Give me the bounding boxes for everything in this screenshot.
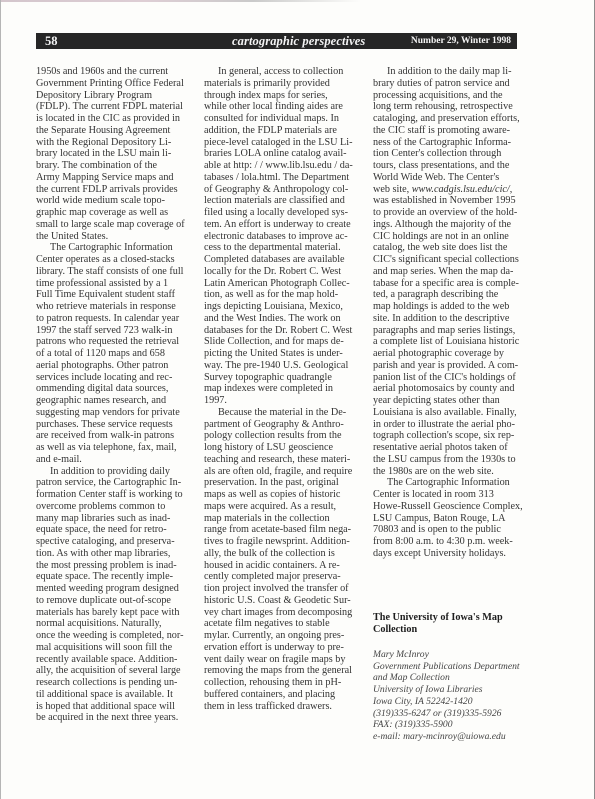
line-text: long term rehousing, retrospective: [373, 101, 513, 112]
line-text: als are often old, fragile, and require: [204, 466, 352, 477]
line-text: Survey topographic quadrangle: [204, 372, 332, 383]
text-line: ness of the Cartographic Informa-: [373, 137, 533, 149]
author-name: Mary McInroy: [373, 649, 543, 661]
line-text: piece-level cataloged in the LSU Li-: [204, 137, 353, 148]
line-text: LSU Campus, Baton Rouge, LA: [373, 513, 505, 524]
line-text: to provide an overview of the hold-: [373, 207, 517, 218]
text-line: world wide medium scale topo-: [36, 195, 194, 207]
text-line: 1950s and 1960s and the current: [36, 66, 194, 78]
line-text: braries LOLA online catalog avail-: [204, 148, 347, 159]
text-line: picting the United States is under-: [204, 348, 364, 360]
line-text: picting the United States is under-: [204, 348, 343, 359]
text-line: acetate film negatives to stable: [204, 618, 364, 630]
text-line: maps were acquired. As a result,: [204, 501, 364, 513]
line-text: overcome problems common to: [36, 501, 165, 512]
line-text: while other local finding aides are: [204, 101, 343, 112]
text-line: through index maps for series,: [204, 90, 364, 102]
text-line: graphic map coverage as well as: [36, 207, 194, 219]
line-text: tion, as well as for the map hold-: [204, 289, 338, 300]
line-text: the CIC staff is promoting aware-: [373, 125, 510, 136]
line-text: long history of LSU geoscience: [204, 442, 333, 453]
issue-label: Number 29, Winter 1998: [411, 33, 511, 49]
line-text: ommending digital data sources,: [36, 383, 168, 394]
line-text: catalog, the web site does list the: [373, 242, 507, 253]
text-line: cently completed major preserva-: [204, 571, 364, 583]
line-text: filed using a locally developed sys-: [204, 207, 348, 218]
line-text: the LSU campus from the 1930s to: [373, 454, 516, 465]
line-text: buffered containers, and placing: [204, 689, 335, 700]
text-line: ally, the acquisition of several large: [36, 665, 194, 677]
line-text: In addition to the daily map li-: [387, 66, 512, 77]
author-phone: (319)335-6247 or (319)335-5926: [373, 708, 543, 720]
text-line: from 8:00 a.m. to 4:30 p.m. week-: [373, 536, 533, 548]
line-text: as well as via telephone, fax, mail,: [36, 442, 177, 453]
text-line: partment of Geography & Anthro-: [204, 419, 364, 431]
line-text: time professional assisted by a 1: [36, 278, 168, 289]
text-line: Center is located in room 313: [373, 489, 533, 501]
line-text: and the West Indies. The work on: [204, 313, 341, 324]
line-text: the current FDLP arrivals provides: [36, 184, 178, 195]
line-text: vent daily wear on fragile maps by: [204, 654, 345, 665]
line-text: Government Printing Office Federal: [36, 78, 184, 89]
line-text: 1950s and 1960s and the current: [36, 66, 168, 77]
text-line: tion Center's collection through: [373, 148, 533, 160]
text-line: materials has barely kept pace with: [36, 607, 194, 619]
text-line: filed using a locally developed sys-: [204, 207, 364, 219]
text-line: tours, class presentations, and the: [373, 160, 533, 172]
text-line: many map libraries such as inad-: [36, 513, 194, 525]
text-line: brary duties of patron service and: [373, 78, 533, 90]
text-line: is hoped that additional space will: [36, 701, 194, 713]
line-text: tion project involved the transfer of: [204, 583, 349, 594]
line-text: preservation. In the past, original: [204, 477, 339, 488]
text-line: LSU Campus, Baton Rouge, LA: [373, 513, 533, 525]
line-text: databases for the Dr. Robert C. West: [204, 325, 352, 336]
line-text: ted, a paragraph describing the: [373, 289, 498, 300]
text-line: paragraphs and map series listings,: [373, 325, 533, 337]
line-text: map materials in the collection: [204, 513, 330, 524]
text-line: parish and year is provided. A com-: [373, 360, 533, 372]
line-text: recently available space. Addition-: [36, 654, 177, 665]
line-text: cently completed major preserva-: [204, 571, 341, 582]
text-line: year depicting states other than: [373, 395, 533, 407]
text-line: ings. Although the majority of the: [373, 219, 533, 231]
text-line: ervation effort is underway to pre-: [204, 642, 364, 654]
text-line: mal acquisitions will soon fill the: [36, 642, 194, 654]
line-text: locally for the Dr. Robert C. West: [204, 266, 341, 277]
line-text: tograph collection's scope, six rep-: [373, 430, 514, 441]
text-line: is located in the CIC as provided in: [36, 113, 194, 125]
line-text: partment of Geography & Anthro-: [204, 419, 344, 430]
text-line: tabases / lola.html. The Department: [204, 172, 364, 184]
text-line: brary. The combination of the: [36, 160, 194, 172]
text-line: cataloging, and preservation efforts,: [373, 113, 533, 125]
line-text: patrons who requested the retrieval: [36, 336, 179, 347]
line-text: suggesting map vendors for private: [36, 407, 180, 418]
line-text: The Cartographic Information: [387, 477, 510, 488]
line-text: cess to the departmental material.: [204, 242, 341, 253]
line-text: spective cataloging, and preserva-: [36, 536, 175, 547]
line-text: Depository Library Program: [36, 90, 152, 101]
line-text: Louisiana is also available. Finally,: [373, 407, 517, 418]
text-line: Slide Collection, and for maps de-: [204, 336, 364, 348]
line-text: range from acetate-based film nega-: [204, 524, 351, 535]
text-line: aerial photographic coverage by: [373, 348, 533, 360]
line-text: the Separate Housing Agreement: [36, 125, 170, 136]
line-text: Center is located in room 313: [373, 489, 494, 500]
line-text: map holdings is added to the web: [373, 301, 509, 312]
line-text: In general, access to collection: [218, 66, 343, 77]
text-line: tion, as well as for the map hold-: [204, 289, 364, 301]
text-line: recently available space. Addition-: [36, 654, 194, 666]
line-text: equate space, the need for retro-: [36, 524, 167, 535]
line-text: aerial photographs. Other patron: [36, 360, 168, 371]
line-text: CIC holdings are not in an online: [373, 231, 509, 242]
text-line: maps as well as copies of historic: [204, 489, 364, 501]
line-text: the 1980s are on the web site.: [373, 466, 494, 477]
line-text: small to large scale map coverage of: [36, 219, 185, 230]
text-line: aerial photomosaics by county and: [373, 383, 533, 395]
text-line: the Separate Housing Agreement: [36, 125, 194, 137]
line-text: (FDLP). The current FDPL material: [36, 101, 183, 112]
text-line: resentative aerial photos taken of: [373, 442, 533, 454]
line-text: ervation effort is underway to pre-: [204, 642, 344, 653]
text-line: to patron requests. In calendar year: [36, 313, 194, 325]
text-line: research collections is pending un-: [36, 677, 194, 689]
line-text: materials is primarily provided: [204, 78, 330, 89]
text-line: are received from walk-in patrons: [36, 430, 194, 442]
line-text: addition, the FDLP materials are: [204, 125, 337, 136]
text-line: formation Center staff is working to: [36, 489, 194, 501]
text-column-1: 1950s and 1960s and the currentGovernmen…: [36, 66, 194, 724]
running-header: 58 cartographic perspectives Number 29, …: [36, 33, 517, 49]
line-text: through index maps for series,: [204, 90, 328, 101]
text-line: Full Time Equivalent student staff: [36, 289, 194, 301]
line-text: be acquired in the next three years.: [36, 712, 178, 723]
line-text: to patron requests. In calendar year: [36, 313, 179, 324]
text-line: and the West Indies. The work on: [204, 313, 364, 325]
text-line: ted, a paragraph describing the: [373, 289, 533, 301]
text-line: cess to the departmental material.: [204, 242, 364, 254]
line-text: ings depicting Louisiana, Mexico,: [204, 301, 343, 312]
line-text: housed in acidic containers. A re-: [204, 560, 340, 571]
line-text: tabases / lola.html. The Department: [204, 172, 349, 183]
line-text: site. In addition to the descriptive: [373, 313, 509, 324]
text-line: long history of LSU geoscience: [204, 442, 364, 454]
line-text: cataloging, and preservation efforts,: [373, 113, 520, 124]
text-line: historic U.S. Coast & Geodetic Sur-: [204, 595, 364, 607]
text-line: once the weeding is completed, nor-: [36, 630, 194, 642]
line-text: Howe-Russell Geoscience Complex,: [373, 501, 523, 512]
line-text: ally, the bulk of the collection is: [204, 548, 335, 559]
line-text: who retrieve materials in response: [36, 301, 176, 312]
text-line: vey chart images from decomposing: [204, 607, 364, 619]
line-text: brary duties of patron service and: [373, 78, 510, 89]
line-text: year depicting states other than: [373, 395, 500, 406]
text-line: library. The staff consists of one full: [36, 266, 194, 278]
line-text: tours, class presentations, and the: [373, 160, 509, 171]
line-text: web site,: [373, 184, 412, 195]
text-line: catalog, the web site does list the: [373, 242, 533, 254]
text-line: 1997.: [204, 395, 364, 407]
text-line: purchases. These service requests: [36, 419, 194, 431]
text-line: Survey topographic quadrangle: [204, 372, 364, 384]
text-line: World Wide Web. The Center's: [373, 172, 533, 184]
line-text: In addition to providing daily: [50, 466, 170, 477]
line-text: Because the material in the De-: [218, 407, 346, 418]
author-fax: FAX: (319)335-5900: [373, 719, 543, 731]
line-text: mented weeding program designed: [36, 583, 179, 594]
line-text: lection materials are classified and: [204, 195, 345, 206]
text-line: the LSU campus from the 1930s to: [373, 454, 533, 466]
line-text: tives to fragile newsprint. Addition-: [204, 536, 350, 547]
text-line: teaching and research, these materi-: [204, 454, 364, 466]
line-text: tion Center's collection through: [373, 148, 501, 159]
text-line: the 1980s are on the web site.: [373, 466, 533, 478]
line-text: world wide medium scale topo-: [36, 195, 165, 206]
line-text: geographic names research, and: [36, 395, 166, 406]
line-text: electronic databases to improve ac-: [204, 231, 348, 242]
text-line: and map series. When the map da-: [373, 266, 533, 278]
line-text: til additional space is available. It: [36, 689, 173, 700]
line-text: maps were acquired. As a result,: [204, 501, 336, 512]
text-line: in order to illustrate the aerial pho-: [373, 419, 533, 431]
text-line: and e-mail.: [36, 454, 194, 466]
page-number: 58: [45, 33, 58, 49]
line-text: 1997.: [204, 395, 227, 406]
line-text: once the weeding is completed, nor-: [36, 630, 183, 641]
text-line: brary located in the LSU main li-: [36, 148, 194, 160]
line-text: tabase for a specific area is comple-: [373, 278, 519, 289]
line-text: the most pressing problem is inad-: [36, 560, 177, 571]
text-line: of Geography & Anthropology col-: [204, 184, 364, 196]
text-line: small to large scale map coverage of: [36, 219, 194, 231]
text-line: CIC's significant special collections: [373, 254, 533, 266]
text-line: suggesting map vendors for private: [36, 407, 194, 419]
line-text: mal acquisitions will soon fill the: [36, 642, 172, 653]
text-line: the United States.: [36, 231, 194, 243]
line-text: with the Regional Depository Li-: [36, 137, 171, 148]
line-text: brary located in the LSU main li-: [36, 148, 171, 159]
text-line: map materials in the collection: [204, 513, 364, 525]
line-text: The Cartographic Information: [50, 242, 173, 253]
line-text: the United States.: [36, 231, 108, 242]
text-line: lection materials are classified and: [204, 195, 364, 207]
line-text: resentative aerial photos taken of: [373, 442, 508, 453]
line-text: was established in November 1995: [373, 195, 516, 206]
heading-line: Collection: [373, 624, 543, 636]
text-line: to provide an overview of the hold-: [373, 207, 533, 219]
text-column-3: In addition to the daily map li-brary du…: [373, 66, 533, 560]
line-text: in order to illustrate the aerial pho-: [373, 419, 515, 430]
text-line: them in less trafficked drawers.: [204, 701, 364, 713]
line-text: are received from walk-in patrons: [36, 430, 174, 441]
text-line: with the Regional Depository Li-: [36, 137, 194, 149]
text-line: patrons who requested the retrieval: [36, 336, 194, 348]
line-text: parish and year is provided. A com-: [373, 360, 518, 371]
text-line: tabase for a specific area is comple-: [373, 278, 533, 290]
punctuation: ,: [510, 184, 513, 195]
text-line: time professional assisted by a 1: [36, 278, 194, 290]
line-text: tion. As with other map libraries,: [36, 548, 170, 559]
text-line: services include locating and rec-: [36, 372, 194, 384]
text-line: The Cartographic Information: [36, 242, 194, 254]
text-line: Depository Library Program: [36, 90, 194, 102]
text-line: til additional space is available. It: [36, 689, 194, 701]
line-text: aerial photographic coverage by: [373, 348, 504, 359]
text-line: equate space, the need for retro-: [36, 524, 194, 536]
line-text: 70803 and is open to the public: [373, 524, 501, 535]
text-line: addition, the FDLP materials are: [204, 125, 364, 137]
text-line: site. In addition to the descriptive: [373, 313, 533, 325]
text-line: braries LOLA online catalog avail-: [204, 148, 364, 160]
author-email[interactable]: e-mail: mary-mcinroy@uiowa.edu: [373, 731, 543, 743]
line-text: CIC's significant special collections: [373, 254, 519, 265]
line-text: 1997 the staff served 723 walk-in: [36, 325, 172, 336]
line-text: a complete list of Louisiana historic: [373, 336, 519, 347]
line-text: from 8:00 a.m. to 4:30 p.m. week-: [373, 536, 513, 547]
line-text: materials has barely kept pace with: [36, 607, 179, 618]
author-department-cont: and Map Collection: [373, 672, 543, 684]
line-text: historic U.S. Coast & Geodetic Sur-: [204, 595, 351, 606]
line-text: of Geography & Anthropology col-: [204, 184, 348, 195]
line-text: formation Center staff is working to: [36, 489, 183, 500]
line-text: is located in the CIC as provided in: [36, 113, 180, 124]
text-line: a complete list of Louisiana historic: [373, 336, 533, 348]
line-text: Completed databases are available: [204, 254, 345, 265]
text-line: mylar. Currently, an ongoing pres-: [204, 630, 364, 642]
text-line: pology collection results from the: [204, 430, 364, 442]
text-line: The Cartographic Information: [373, 477, 533, 489]
text-line: removing the maps from the general: [204, 665, 364, 677]
line-text: collection, rehousing them in pH-: [204, 677, 341, 688]
line-text: of a total of 1120 maps and 658: [36, 348, 165, 359]
text-line: 1997 the staff served 723 walk-in: [36, 325, 194, 337]
line-text: brary. The combination of the: [36, 160, 157, 171]
text-line: who retrieve materials in response: [36, 301, 194, 313]
text-column-2: In general, access to collectionmaterial…: [204, 66, 364, 712]
line-text: patron service, the Cartographic In-: [36, 477, 181, 488]
text-line: Center operates as a closed-stacks: [36, 254, 194, 266]
line-text: acetate film negatives to stable: [204, 618, 330, 629]
line-text: Center operates as a closed-stacks: [36, 254, 175, 265]
line-text: Army Mapping Service maps and: [36, 172, 174, 183]
text-line: spective cataloging, and preserva-: [36, 536, 194, 548]
text-line: tion project involved the transfer of: [204, 583, 364, 595]
text-line: tion. As with other map libraries,: [36, 548, 194, 560]
text-line: consulted for individual maps. In: [204, 113, 364, 125]
text-line: Government Printing Office Federal: [36, 78, 194, 90]
text-line: ally, the bulk of the collection is: [204, 548, 364, 560]
line-text: removing the maps from the general: [204, 665, 352, 676]
line-text: World Wide Web. The Center's: [373, 172, 499, 183]
text-line: In addition to providing daily: [36, 466, 194, 478]
text-line: tem. An effort is underway to create: [204, 219, 364, 231]
journal-title: cartographic perspectives: [232, 33, 365, 49]
text-line: housed in acidic containers. A re-: [204, 560, 364, 572]
text-line: normal acquisitions. Naturally,: [36, 618, 194, 630]
text-line: Completed databases are available: [204, 254, 364, 266]
next-article-heading: The University of Iowa's Map Collection: [373, 612, 543, 636]
text-line: of a total of 1120 maps and 658: [36, 348, 194, 360]
line-text: ally, the acquisition of several large: [36, 665, 181, 676]
line-text: Latin American Photograph Collec-: [204, 278, 350, 289]
text-line: aerial photographs. Other patron: [36, 360, 194, 372]
line-text: ings. Although the majority of the: [373, 219, 511, 230]
line-text: and map series. When the map da-: [373, 266, 513, 277]
line-text: teaching and research, these materi-: [204, 454, 350, 465]
line-text: panion list of the CIC's holdings of: [373, 372, 516, 383]
text-line: buffered containers, and placing: [204, 689, 364, 701]
line-text: many map libraries such as inad-: [36, 513, 170, 524]
text-line: the current FDLP arrivals provides: [36, 184, 194, 196]
text-line: Howe-Russell Geoscience Complex,: [373, 501, 533, 513]
line-text: tem. An effort is underway to create: [204, 219, 351, 230]
text-line: long term rehousing, retrospective: [373, 101, 533, 113]
journal-page: 58 cartographic perspectives Number 29, …: [0, 0, 595, 799]
line-text: normal acquisitions. Naturally,: [36, 618, 162, 629]
heading-line: The University of Iowa's Map: [373, 612, 543, 624]
text-line: range from acetate-based film nega-: [204, 524, 364, 536]
text-line: Latin American Photograph Collec-: [204, 278, 364, 290]
text-line: 70803 and is open to the public: [373, 524, 533, 536]
line-text: services include locating and rec-: [36, 372, 172, 383]
line-text: library. The staff consists of one full: [36, 266, 184, 277]
text-line: while other local finding aides are: [204, 101, 364, 113]
line-text: research collections is pending un-: [36, 677, 177, 688]
text-line: materials is primarily provided: [204, 78, 364, 90]
line-text: Full Time Equivalent student staff: [36, 289, 175, 300]
text-line: be acquired in the next three years.: [36, 712, 194, 724]
text-line: ings depicting Louisiana, Mexico,: [204, 301, 364, 313]
author-contact-block: Mary McInroy Government Publications Dep…: [373, 649, 543, 743]
text-line: als are often old, fragile, and require: [204, 466, 364, 478]
text-line: (FDLP). The current FDPL material: [36, 101, 194, 113]
line-text: Slide Collection, and for maps de-: [204, 336, 344, 347]
text-line: In general, access to collection: [204, 66, 364, 78]
line-text: mylar. Currently, an ongoing pres-: [204, 630, 344, 641]
text-line: web site, www.cadgis.lsu.edu/cic/,: [373, 184, 533, 196]
text-line: patron service, the Cartographic In-: [36, 477, 194, 489]
line-text: way. The pre-1940 U.S. Geological: [204, 360, 348, 371]
text-line: the most pressing problem is inad-: [36, 560, 194, 572]
text-line: to remove duplicate out-of-scope: [36, 595, 194, 607]
author-institution: University of Iowa Libraries: [373, 684, 543, 696]
text-line: locally for the Dr. Robert C. West: [204, 266, 364, 278]
line-text: to remove duplicate out-of-scope: [36, 595, 171, 606]
text-line: overcome problems common to: [36, 501, 194, 513]
text-line: CIC holdings are not in an online: [373, 231, 533, 243]
line-text: aerial photomosaics by county and: [373, 383, 514, 394]
text-line: the CIC staff is promoting aware-: [373, 125, 533, 137]
line-text: equate space. The recently imple-: [36, 571, 173, 582]
text-line: days except University holidays.: [373, 548, 533, 560]
line-text: maps as well as copies of historic: [204, 489, 340, 500]
author-department: Government Publications Department: [373, 661, 543, 673]
line-text: graphic map coverage as well as: [36, 207, 168, 218]
text-line: was established in November 1995: [373, 195, 533, 207]
website-link[interactable]: www.cadgis.lsu.edu/cic/: [412, 184, 510, 195]
text-line: collection, rehousing them in pH-: [204, 677, 364, 689]
text-line: databases for the Dr. Robert C. West: [204, 325, 364, 337]
text-line: Army Mapping Service maps and: [36, 172, 194, 184]
line-text: pology collection results from the: [204, 430, 342, 441]
line-text: consulted for individual maps. In: [204, 113, 339, 124]
text-line: map indexes were completed in: [204, 383, 364, 395]
text-line: able at http: / / www.lib.lsu.edu / da-: [204, 160, 364, 172]
text-line: vent daily wear on fragile maps by: [204, 654, 364, 666]
line-text: days except University holidays.: [373, 548, 506, 559]
